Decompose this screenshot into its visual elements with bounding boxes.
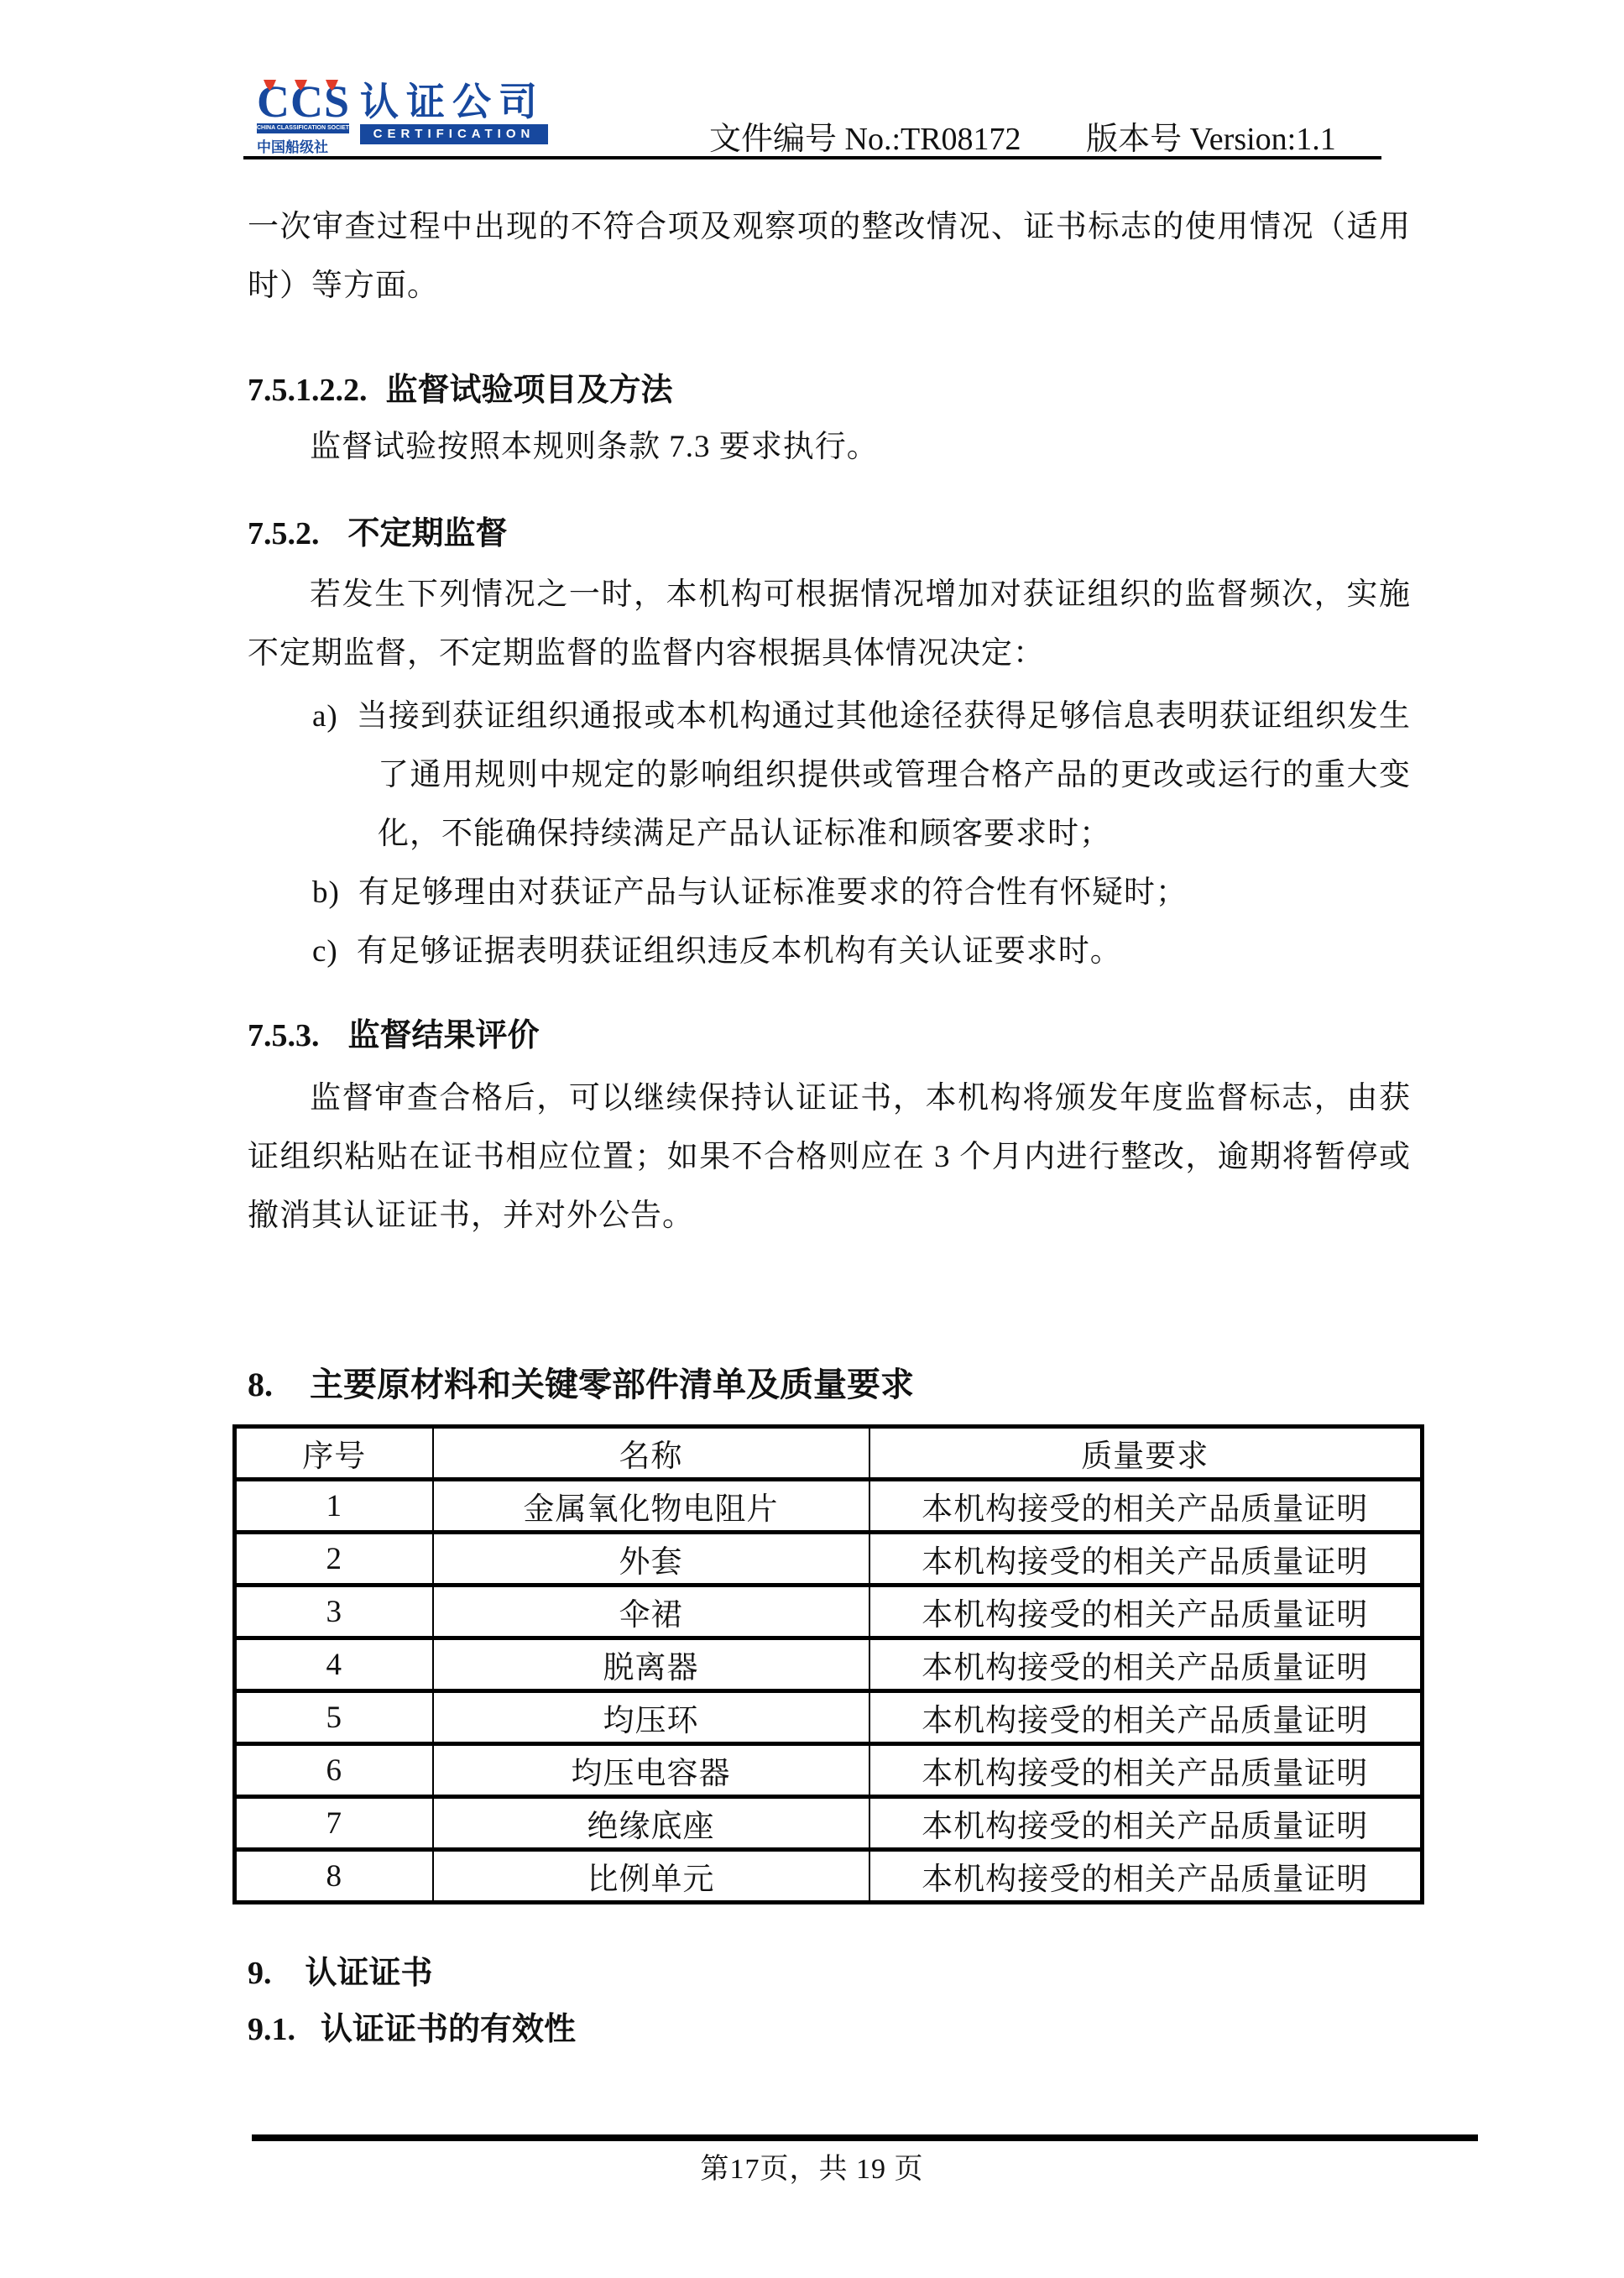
section-number: 8. [248,1366,273,1403]
cell-name: 伞裙 [433,1586,869,1638]
section-title: 认证证书 [305,1956,433,1991]
cell-requirement: 本机构接受的相关产品质量证明 [869,1797,1423,1850]
company-name-label: 认证公司 [360,82,548,121]
cell-requirement: 本机构接受的相关产品质量证明 [869,1586,1423,1638]
footer-divider [252,2134,1478,2141]
paragraph-7-5-1-2-2: 监督试验按照本规则条款 7.3 要求执行。 [248,418,1411,477]
section-number: 7.5.2. [248,516,320,551]
cell-no: 3 [235,1586,433,1638]
cell-no: 4 [235,1638,433,1691]
section-title: 主要原材料和关键零部件清单及质量要求 [310,1366,914,1403]
cell-requirement: 本机构接受的相关产品质量证明 [869,1638,1423,1691]
table-row: 2 外套 本机构接受的相关产品质量证明 [235,1533,1423,1586]
condition-list: a)当接到获证组织通报或本机构通过其他途径获得足够信息表明获证组织发生了通用规则… [248,687,1411,981]
heading-7-5-3: 7.5.3.监督结果评价 [248,1015,1411,1057]
table-row: 8 比例单元 本机构接受的相关产品质量证明 [235,1850,1423,1903]
society-cn-label: 中国船级社 [257,135,349,156]
list-marker: b) [312,875,340,910]
cell-name: 均压环 [433,1691,869,1744]
cell-no: 5 [235,1691,433,1744]
heading-9: 9.认证证书 [248,1952,1411,1994]
certification-banner: CERTIFICATION [360,124,548,144]
ccs-logo-left: CCS CHINA CLASSIFICATION SOCIETY 中国船级社 [257,82,349,156]
list-item-text: 有足够证据表明获证组织违反本机构有关认证要求时。 [357,934,1122,969]
cell-requirement: 本机构接受的相关产品质量证明 [869,1744,1423,1797]
ccs-logo: CCS CHINA CLASSIFICATION SOCIETY 中国船级社 认… [257,82,548,156]
intro-paragraph: 一次审查过程中出现的不符合项及观察项的整改情况、证书标志的使用情况（适用时）等方… [248,198,1411,316]
paragraph-7-5-3: 监督审查合格后，可以继续保持认证证书，本机构将颁发年度监督标志，由获证组织粘贴在… [248,1069,1411,1246]
cell-name: 均压电容器 [433,1744,869,1797]
list-item: b)有足够理由对获证产品与认证标准要求的符合性有怀疑时； [248,864,1411,922]
section-title: 监督试验项目及方法 [386,373,673,408]
column-header-requirement: 质量要求 [869,1427,1423,1480]
cell-no: 6 [235,1744,433,1797]
heading-7-5-2: 7.5.2.不定期监督 [248,513,1411,555]
cell-requirement: 本机构接受的相关产品质量证明 [869,1691,1423,1744]
version-label: 版本号 Version:1.1 [1086,122,1336,157]
table-row: 3 伞裙 本机构接受的相关产品质量证明 [235,1586,1423,1638]
cell-requirement: 本机构接受的相关产品质量证明 [869,1850,1423,1903]
table-row: 4 脱离器 本机构接受的相关产品质量证明 [235,1638,1423,1691]
section-title: 认证证书的有效性 [321,2012,576,2047]
heading-7-5-1-2-2: 7.5.1.2.2.监督试验项目及方法 [248,369,1411,411]
table-row: 7 绝缘底座 本机构接受的相关产品质量证明 [235,1797,1423,1850]
list-marker: c) [312,934,338,969]
table-row: 1 金属氧化物电阻片 本机构接受的相关产品质量证明 [235,1480,1423,1533]
table-row: 5 均压环 本机构接受的相关产品质量证明 [235,1691,1423,1744]
section-number: 7.5.3. [248,1018,320,1053]
header-divider [243,156,1381,159]
cell-no: 8 [235,1850,433,1903]
heading-9-1: 9.1.认证证书的有效性 [248,2009,1411,2051]
cell-name: 绝缘底座 [433,1797,869,1850]
column-header-name: 名称 [433,1427,869,1480]
paragraph-7-5-2: 若发生下列情况之一时，本机构可根据情况增加对获证组织的监督频次，实施不定期监督，… [248,566,1411,683]
doc-number-label: 文件编号 No.:TR08172 [709,122,1021,157]
document-page: CCS CHINA CLASSIFICATION SOCIETY 中国船级社 认… [0,0,1624,2278]
cell-name: 金属氧化物电阻片 [433,1480,869,1533]
column-header-no: 序号 [235,1427,433,1480]
section-number: 9. [248,1956,272,1991]
parts-table: 序号 名称 质量要求 1 金属氧化物电阻片 本机构接受的相关产品质量证明 2 外… [232,1424,1424,1904]
section-number: 9.1. [248,2012,295,2047]
section-title: 不定期监督 [348,516,508,551]
list-item-text: 当接到获证组织通报或本机构通过其他途径获得足够信息表明获证组织发生了通用规则中规… [357,699,1411,851]
cell-no: 1 [235,1480,433,1533]
cell-requirement: 本机构接受的相关产品质量证明 [869,1480,1423,1533]
ccs-logo-right: 认证公司 CERTIFICATION [360,82,548,144]
document-body: 一次审查过程中出现的不符合项及观察项的整改情况、证书标志的使用情况（适用时）等方… [248,198,1411,2051]
cell-requirement: 本机构接受的相关产品质量证明 [869,1533,1423,1586]
list-item-text: 有足够理由对获证产品与认证标准要求的符合性有怀疑时； [358,875,1188,910]
cell-name: 比例单元 [433,1850,869,1903]
page-number: 第17页，共 19 页 [0,2145,1624,2187]
table-header-row: 序号 名称 质量要求 [235,1427,1423,1480]
list-marker: a) [312,699,338,734]
table-row: 6 均压电容器 本机构接受的相关产品质量证明 [235,1744,1423,1797]
document-meta: 文件编号 No.:TR08172 版本号 Version:1.1 [709,112,1336,159]
list-item: c)有足够证据表明获证组织违反本机构有关认证要求时。 [248,922,1411,981]
list-item: a)当接到获证组织通报或本机构通过其他途径获得足够信息表明获证组织发生了通用规则… [248,687,1411,864]
section-number: 7.5.1.2.2. [248,373,368,408]
section-title: 监督结果评价 [348,1018,540,1053]
cell-name: 脱离器 [433,1638,869,1691]
heading-8: 8.主要原材料和关键零部件清单及质量要求 [248,1361,1411,1408]
cell-no: 2 [235,1533,433,1586]
cell-no: 7 [235,1797,433,1850]
cell-name: 外套 [433,1533,869,1586]
